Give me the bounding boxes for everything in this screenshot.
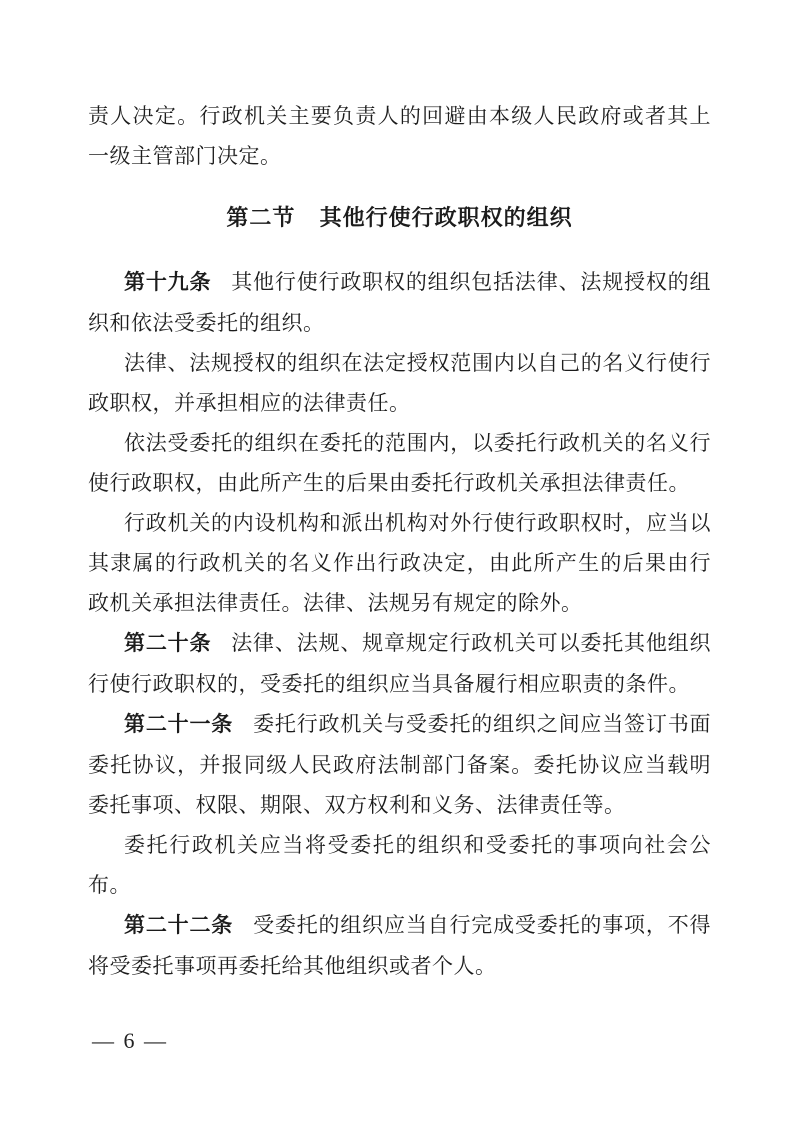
document-page: 责人决定。行政机关主要负责人的回避由本级人民政府或者其上一级主管部门决定。 第二… [0,0,793,1122]
document-body: 责人决定。行政机关主要负责人的回避由本级人民政府或者其上一级主管部门决定。 第二… [88,96,711,986]
paragraph-text: 依法受委托的组织在委托的范围内，以委托行政机关的名义行使行政职权，由此所产生的后… [88,431,711,495]
article-21-paragraph-1: 第二十一条委托行政机关与受委托的组织之间应当签订书面委托协议，并报同级人民政府法… [88,704,711,825]
paragraph-text: 委托行政机关应当将受委托的组织和受委托的事项向社会公布。 [88,833,711,897]
paragraph-text: 行政机关的内设机构和派出机构对外行使行政职权时，应当以其隶属的行政机关的名义作出… [88,511,711,615]
article-20-paragraph-1: 第二十条法律、法规、规章规定行政机关可以委托其他组织行使行政职权的，受委托的组织… [88,623,711,704]
article-19-number: 第十九条 [124,271,211,294]
section-number: 第二节 [226,205,295,230]
continuation-paragraph: 责人决定。行政机关主要负责人的回避由本级人民政府或者其上一级主管部门决定。 [88,96,711,176]
page-number: — 6 — [92,1028,168,1053]
article-20-number: 第二十条 [124,632,211,655]
page-footer: — 6 — [92,1028,168,1054]
section-heading: 第二节其他行使行政职权的组织 [88,198,711,238]
article-21-paragraph-2: 委托行政机关应当将受委托的组织和受委托的事项向社会公布。 [88,825,711,905]
article-19-paragraph-2: 法律、法规授权的组织在法定授权范围内以自己的名义行使行政职权，并承担相应的法律责… [88,343,711,423]
article-22-number: 第二十二条 [124,914,233,937]
paragraph-text: 法律、法规授权的组织在法定授权范围内以自己的名义行使行政职权，并承担相应的法律责… [88,351,711,415]
article-19-paragraph-4: 行政机关的内设机构和派出机构对外行使行政职权时，应当以其隶属的行政机关的名义作出… [88,503,711,623]
article-21-number: 第二十一条 [124,713,233,736]
article-19-paragraph-3: 依法受委托的组织在委托的范围内，以委托行政机关的名义行使行政职权，由此所产生的后… [88,423,711,503]
article-19-paragraph-1: 第十九条其他行使行政职权的组织包括法律、法规授权的组织和依法受委托的组织。 [88,262,711,343]
article-22-paragraph-1: 第二十二条受委托的组织应当自行完成受委托的事项，不得将受委托事项再委托给其他组织… [88,905,711,986]
section-title: 其他行使行政职权的组织 [320,205,573,230]
